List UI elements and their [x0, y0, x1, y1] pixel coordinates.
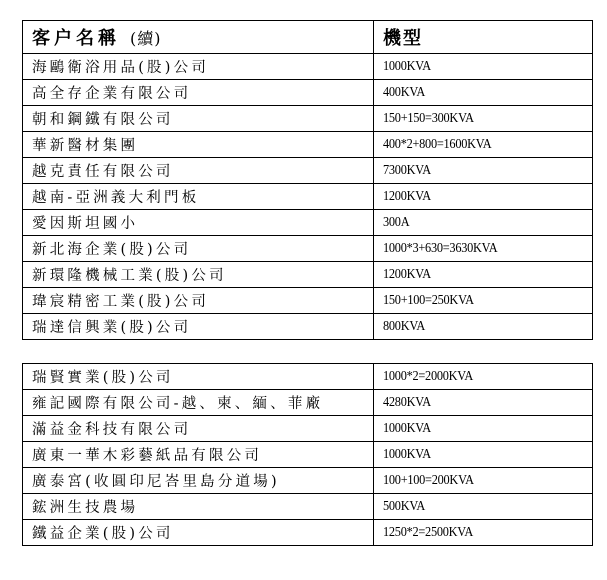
table-row: 朝和鋼鐵有限公司 150+150=300KVA [23, 106, 593, 132]
model-value: 1000*2=2000KVA [383, 369, 473, 385]
customer-name-cell: 愛因斯坦國小 [23, 210, 374, 236]
table-row: 鋐洲生技農場 500KVA [23, 494, 593, 520]
table-row: 鐵益企業(股)公司 1250*2=2500KVA [23, 520, 593, 546]
table-row: 高全存企業有限公司 400KVA [23, 80, 593, 106]
customer-name-cell: 鐵益企業(股)公司 [23, 520, 374, 546]
model-value: 150+150=300KVA [383, 111, 474, 127]
model-value: 500KVA [383, 499, 425, 515]
customer-name-header: 客户名稱(續) [23, 21, 374, 54]
table-row: 新環隆機械工業(股)公司 1200KVA [23, 262, 593, 288]
model-cell: 1000*3+630=3630KVA [374, 236, 593, 262]
model-value: 4280KVA [383, 395, 431, 411]
table-row: 華新醫材集團 400*2+800=1600KVA [23, 132, 593, 158]
table-row: 越克責任有限公司 7300KVA [23, 158, 593, 184]
model-header: 機型 [374, 21, 593, 54]
customer-name-header-label: 客户名稱 [32, 28, 120, 49]
model-value: 400*2+800=1600KVA [383, 137, 491, 153]
table-row: 雍記國際有限公司-越、柬、緬、菲廠 4280KVA [23, 390, 593, 416]
model-cell: 1000*2=2000KVA [374, 364, 593, 390]
customer-name-cell: 越克責任有限公司 [23, 158, 374, 184]
customer-model-table-1: 客户名稱(續) 機型 海鷗衛浴用品(股)公司 1000KVA 高全存企業有限公司… [22, 20, 593, 340]
table-row: 越南-亞洲義大利門板 1200KVA [23, 184, 593, 210]
model-value: 800KVA [383, 319, 425, 335]
table-row: 新北海企業(股)公司 1000*3+630=3630KVA [23, 236, 593, 262]
model-value: 1000KVA [383, 447, 431, 463]
continued-label: (續) [130, 29, 162, 48]
table-row: 瑋宸精密工業(股)公司 150+100=250KVA [23, 288, 593, 314]
model-value: 1000*3+630=3630KVA [383, 241, 497, 257]
customer-name-cell: 朝和鋼鐵有限公司 [23, 106, 374, 132]
model-cell: 4280KVA [374, 390, 593, 416]
model-cell: 1200KVA [374, 262, 593, 288]
model-value: 400KVA [383, 85, 425, 101]
customer-name-cell: 新環隆機械工業(股)公司 [23, 262, 374, 288]
model-cell: 300A [374, 210, 593, 236]
model-cell: 1000KVA [374, 442, 593, 468]
model-cell: 150+150=300KVA [374, 106, 593, 132]
model-value: 1000KVA [383, 59, 431, 75]
customer-name-cell: 雍記國際有限公司-越、柬、緬、菲廠 [23, 390, 374, 416]
model-cell: 500KVA [374, 494, 593, 520]
model-cell: 1250*2=2500KVA [374, 520, 593, 546]
customer-name-cell: 瑞賢實業(股)公司 [23, 364, 374, 390]
customer-name-cell: 瑞達信興業(股)公司 [23, 314, 374, 340]
customer-name-cell: 海鷗衛浴用品(股)公司 [23, 54, 374, 80]
table-row: 瑞達信興業(股)公司 800KVA [23, 314, 593, 340]
table-row: 滿益金科技有限公司 1000KVA [23, 416, 593, 442]
model-cell: 100+100=200KVA [374, 468, 593, 494]
customer-model-table-2: 瑞賢實業(股)公司 1000*2=2000KVA 雍記國際有限公司-越、柬、緬、… [22, 363, 593, 546]
model-cell: 1200KVA [374, 184, 593, 210]
model-cell: 1000KVA [374, 54, 593, 80]
model-value: 1200KVA [383, 189, 431, 205]
model-cell: 400*2+800=1600KVA [374, 132, 593, 158]
model-value: 300A [383, 215, 409, 231]
customer-name-cell: 瑋宸精密工業(股)公司 [23, 288, 374, 314]
model-value: 150+100=250KVA [383, 293, 474, 309]
table-header-row: 客户名稱(續) 機型 [23, 21, 593, 54]
customer-name-cell: 鋐洲生技農場 [23, 494, 374, 520]
model-value: 1200KVA [383, 267, 431, 283]
table-row: 海鷗衛浴用品(股)公司 1000KVA [23, 54, 593, 80]
model-cell: 7300KVA [374, 158, 593, 184]
customer-name-cell: 越南-亞洲義大利門板 [23, 184, 374, 210]
customer-name-cell: 廣泰宮(收圓印尼峇里島分道場) [23, 468, 374, 494]
model-cell: 1000KVA [374, 416, 593, 442]
table-row: 廣東一華木彩藝紙品有限公司 1000KVA [23, 442, 593, 468]
table-row: 愛因斯坦國小 300A [23, 210, 593, 236]
customer-name-cell: 華新醫材集團 [23, 132, 374, 158]
model-value: 100+100=200KVA [383, 473, 474, 489]
model-cell: 400KVA [374, 80, 593, 106]
customer-name-cell: 新北海企業(股)公司 [23, 236, 374, 262]
model-value: 1000KVA [383, 421, 431, 437]
customer-name-cell: 廣東一華木彩藝紙品有限公司 [23, 442, 374, 468]
customer-name-cell: 高全存企業有限公司 [23, 80, 374, 106]
table-row: 瑞賢實業(股)公司 1000*2=2000KVA [23, 364, 593, 390]
model-value: 7300KVA [383, 163, 431, 179]
table-row: 廣泰宮(收圓印尼峇里島分道場) 100+100=200KVA [23, 468, 593, 494]
model-cell: 150+100=250KVA [374, 288, 593, 314]
customer-name-cell: 滿益金科技有限公司 [23, 416, 374, 442]
model-value: 1250*2=2500KVA [383, 525, 473, 541]
model-cell: 800KVA [374, 314, 593, 340]
